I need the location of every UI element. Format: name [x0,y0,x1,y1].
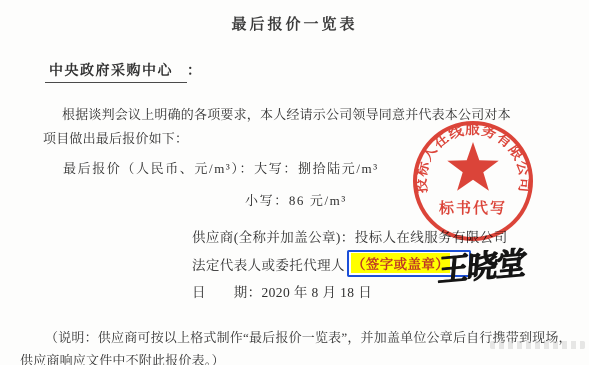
uppercase-label: 大写： [254,161,298,176]
recipient-colon: ： [187,64,203,79]
seal-subtitle-text: 标书代写 [438,199,507,217]
quotation-document: 最后报价一览表 中央政府采购中心： 根据谈判会议上明确的各项要求，本人经请示公司… [0,0,589,365]
recipient-name: 中央政府采购中心 [45,60,187,83]
note-line2: 供应商响应文件中不附此报价表。） [20,350,225,365]
page-title: 最后报价一览表 [0,13,589,34]
date-line: 日 期：2020 年 8 月 18 日 [192,281,372,301]
lowercase-value: 86 元/m³ [289,193,347,208]
recipient-line: 中央政府采购中心： [45,60,203,83]
final-quote-label: 最后报价（人民币、元/m³）： [63,161,254,176]
date-label: 日 期： [192,285,262,300]
final-quote-line: 最后报价（人民币、元/m³）：大写：捌拾陆元/m³ [63,158,379,177]
lowercase-quote-line: 小写：86 元/m³ [245,190,347,209]
representative-line: 法定代表人或委托代理人（签字或盖章）： [192,250,471,277]
star-icon [447,142,498,191]
lowercase-label: 小写： [245,193,289,208]
supplier-label: 供应商(全称并加盖公章)： [192,230,355,245]
company-seal-svg: 投标人在线服务有限公司 标书代写 [403,111,543,251]
uppercase-value: 捌拾陆元/m³ [298,161,379,176]
sign-or-seal-highlight: （签字或盖章） [351,253,450,273]
date-value: 2020 年 8 月 18 日 [262,285,373,300]
representative-label: 法定代表人或委托代理人 [192,254,345,274]
scan-artifact [490,341,585,349]
company-seal: 投标人在线服务有限公司 标书代写 [403,111,543,251]
body-paragraph-line2: 项目做出最后报价如下： [43,128,188,147]
